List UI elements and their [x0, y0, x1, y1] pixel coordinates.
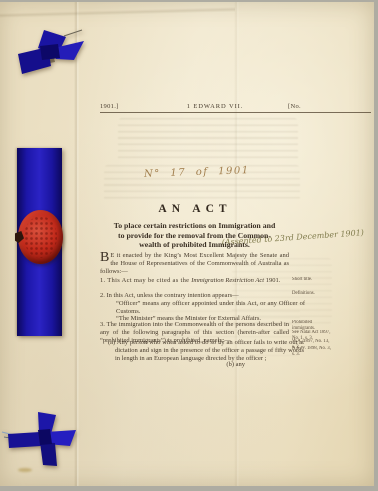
paper-smudge	[18, 468, 32, 472]
long-title-line: to provide for the removal from the Comm…	[96, 231, 293, 241]
long-title-line: To place certain restrictions on Immigra…	[96, 221, 293, 231]
catchword: (b) any	[100, 361, 245, 368]
section-1-year: 1901.	[264, 277, 280, 284]
marginal-note-definitions: Definitions.	[292, 291, 334, 296]
wax-seal-texture	[24, 216, 57, 258]
enacting-clause: BE it enacted by the King’s Most Excelle…	[100, 252, 289, 275]
section-3-paragraph-a: (a) Any person who when asked to do so b…	[100, 339, 304, 362]
marginal-note-prohibited: Prohibited immigrants.	[292, 320, 334, 331]
section-1-text: 1. This Act may be cited as the	[100, 277, 191, 284]
red-wax-seal	[18, 210, 63, 264]
section-1-act-name: Immigration Restriction Act	[191, 277, 264, 284]
enacting-text: E it enacted by the King’s Most Excellen…	[100, 252, 289, 275]
dropcap-initial: B	[100, 252, 109, 264]
definition-officer: “Officer” means any officer appointed un…	[100, 300, 309, 316]
archival-photo: 1901.] 1 EDWARD VII. [No. N° 17 of 1901 …	[0, 0, 378, 491]
marginal-note-nsw-act: N.S.W. 1898, No. 3, s. 3.	[292, 346, 334, 357]
section-2: 2. In this Act, unless the contrary inte…	[100, 292, 289, 300]
masthead-act-number: [No.	[288, 103, 301, 110]
marginal-note-short-title: Short title.	[292, 277, 334, 282]
masthead-rule	[100, 112, 371, 113]
act-long-title: To place certain restrictions on Immigra…	[96, 221, 293, 250]
blue-ribbon-bow-bottom-icon	[0, 410, 92, 468]
blue-ribbon-bow-top-icon	[14, 28, 86, 86]
act-title: AN ACT	[100, 203, 290, 215]
bleedthrough-text	[118, 118, 298, 162]
long-title-line: wealth of prohibited Immigrants.	[96, 240, 293, 250]
section-1: 1. This Act may be cited as the Immigrat…	[100, 277, 289, 285]
